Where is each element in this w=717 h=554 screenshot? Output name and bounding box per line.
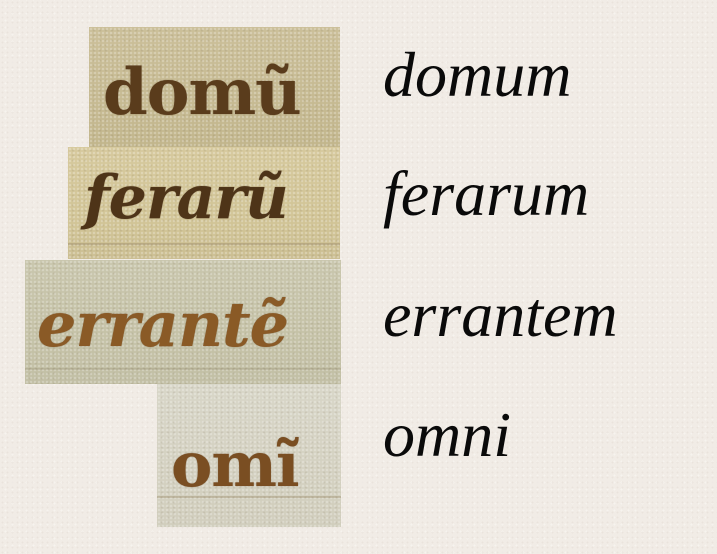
manuscript-word-domum: domũ — [103, 55, 301, 130]
manuscript-image-errantem: errantẽ — [25, 260, 341, 384]
manuscript-image-domum: domũ — [89, 27, 340, 147]
expansion-domum: domum — [383, 43, 571, 107]
expansion-omni: omni — [383, 403, 511, 467]
manuscript-image-ferarum: ferarũ — [68, 147, 340, 259]
ruling-line — [68, 243, 340, 245]
ruling-line — [157, 496, 341, 498]
manuscript-word-ferarum: ferarũ — [84, 163, 288, 233]
manuscript-image-omni: omĩ — [157, 384, 341, 527]
manuscript-word-omni: omĩ — [171, 428, 299, 501]
manuscript-word-errantem: errantẽ — [37, 288, 288, 361]
ruling-line — [25, 368, 341, 370]
expansion-ferarum: ferarum — [383, 162, 589, 226]
expansion-errantem: errantem — [383, 283, 618, 347]
